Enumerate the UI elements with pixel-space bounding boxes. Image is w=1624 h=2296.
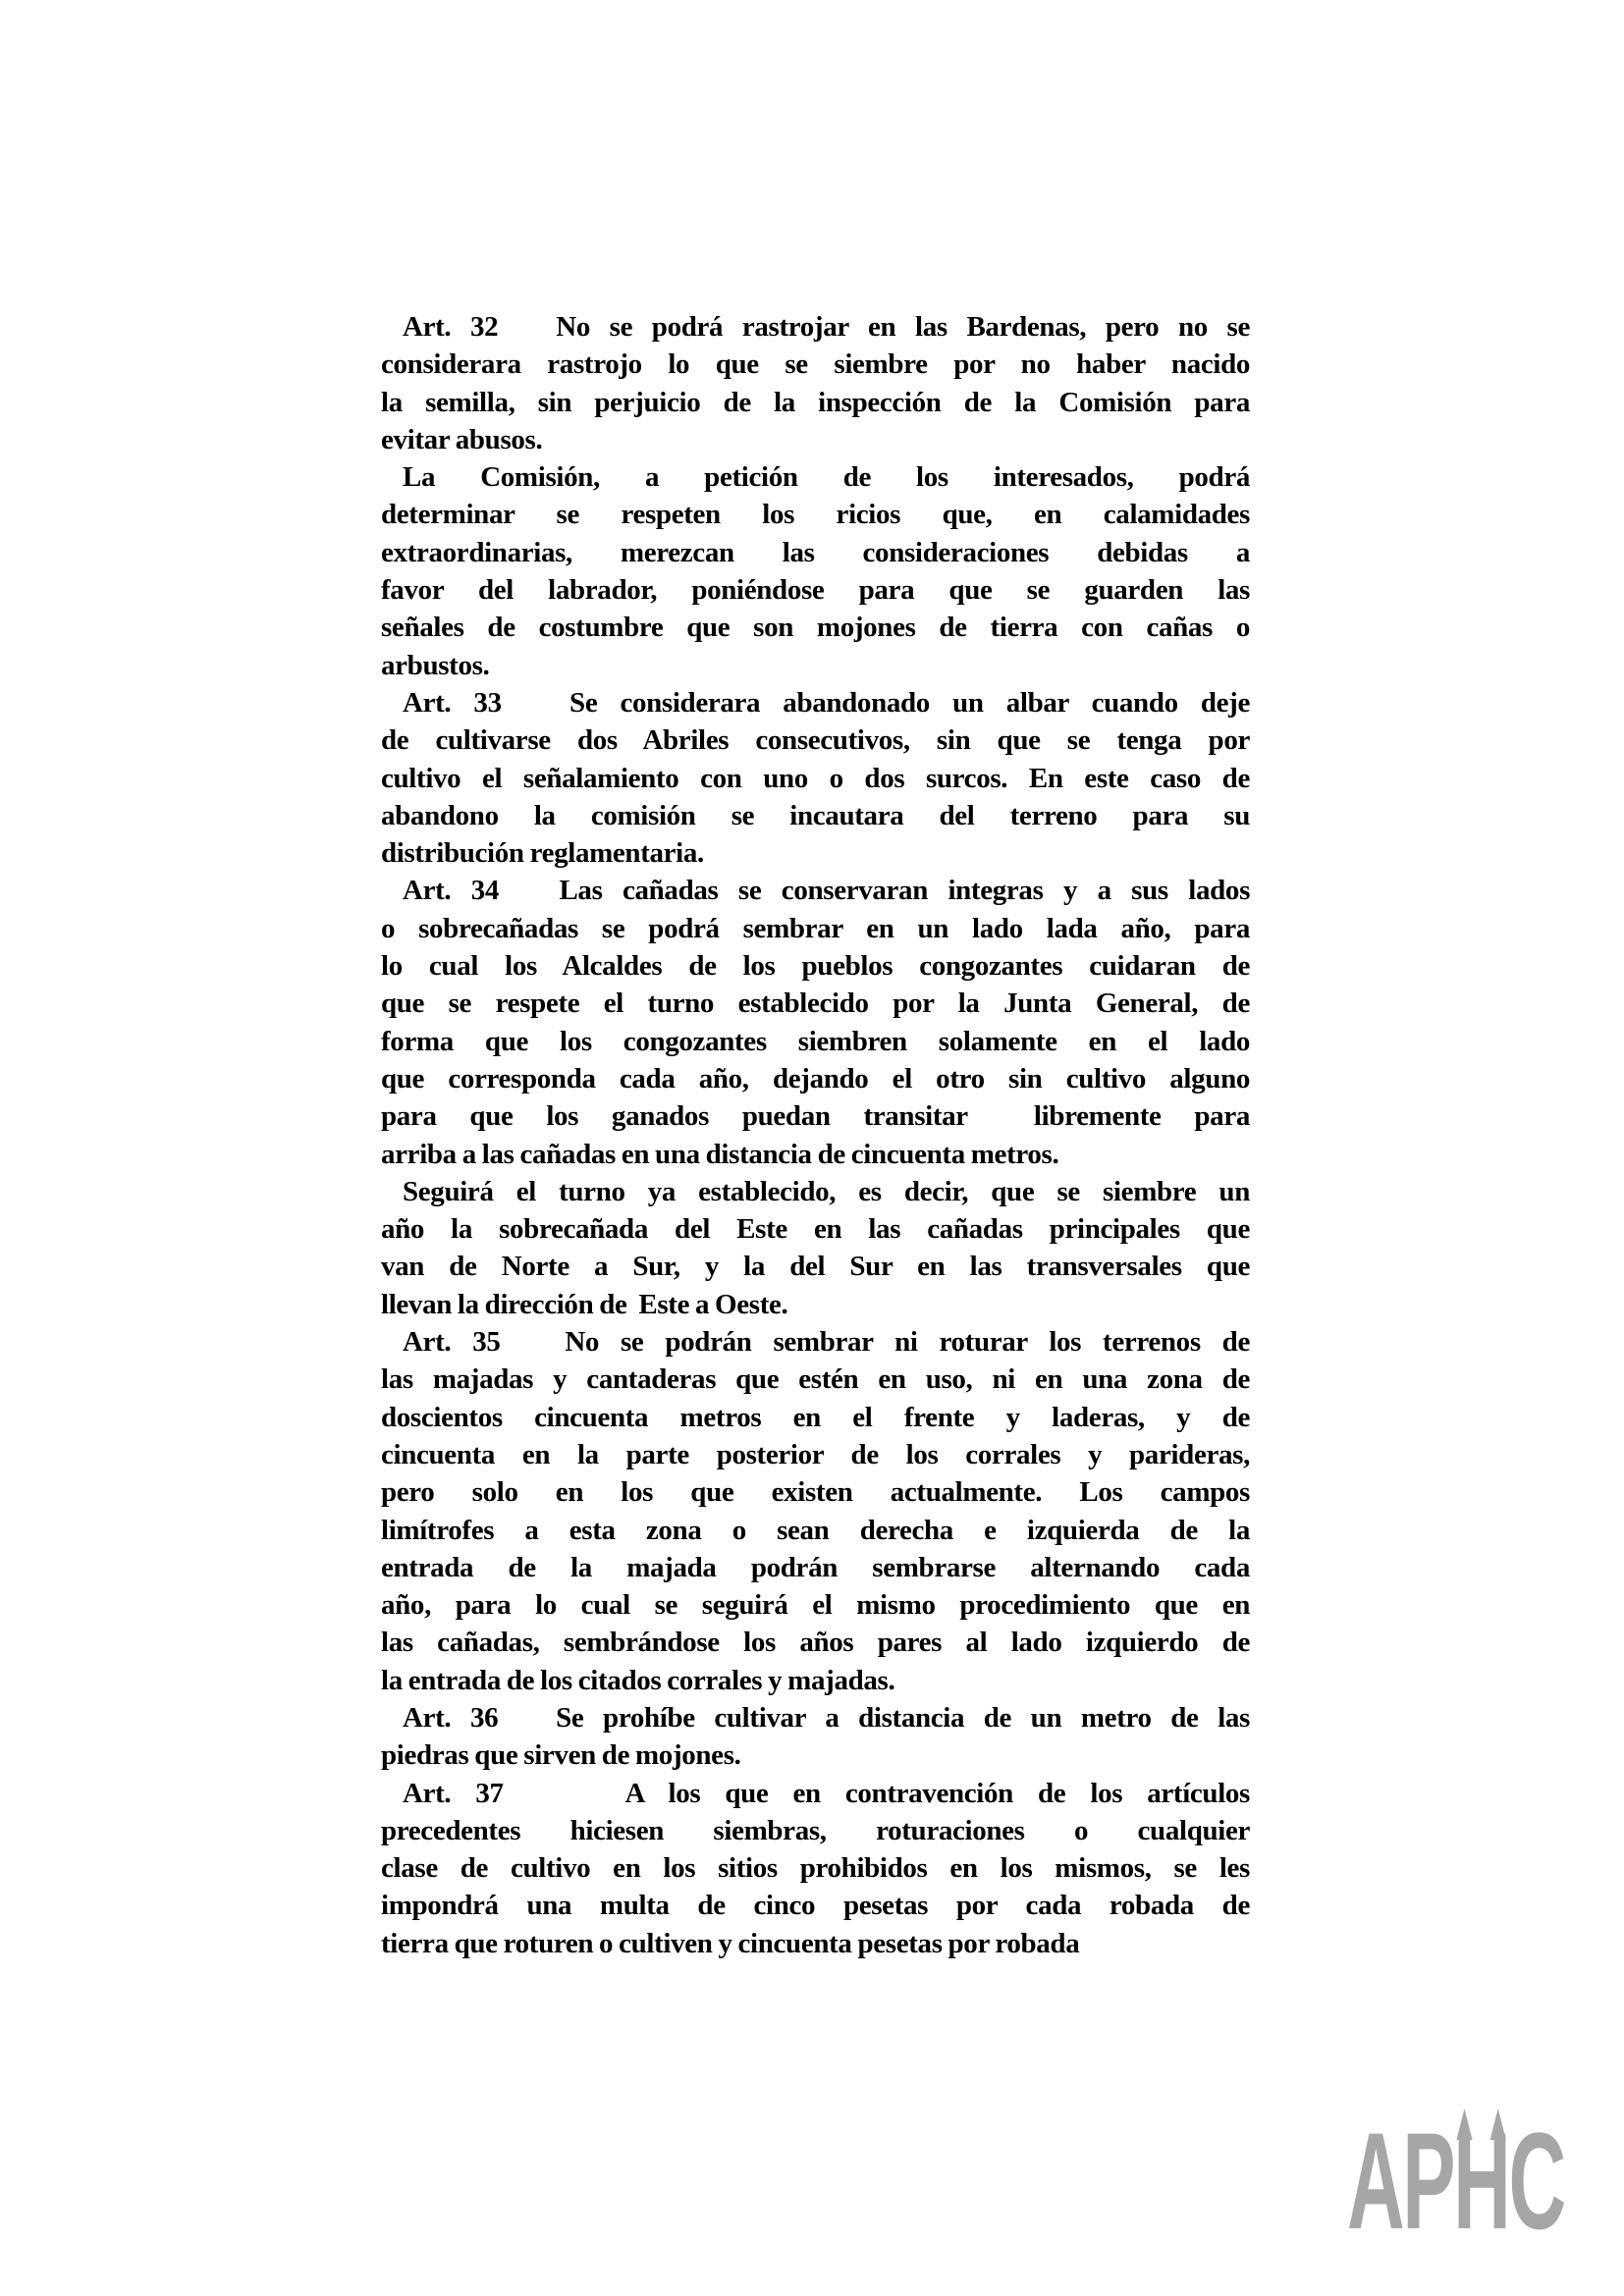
paragraph: Seguirá el turno ya establecido, es deci…: [381, 1173, 1250, 1323]
text-line: que se respete el turno establecido por …: [381, 985, 1250, 1022]
text-line: considerara rastrojo lo que se siembre p…: [381, 346, 1250, 383]
text-line: Art. 37 A los que en contravención de lo…: [381, 1775, 1250, 1812]
text-line: lo cual los Alcaldes de los pueblos cong…: [381, 947, 1250, 985]
text-line: señales de costumbre que son mojones de …: [381, 609, 1250, 646]
text-line: forma que los congozantes siembren solam…: [381, 1023, 1250, 1060]
paragraph: Art. 37 A los que en contravención de lo…: [381, 1775, 1250, 1962]
text-line: las cañadas, sembrándose los años pares …: [381, 1624, 1250, 1661]
paragraph: Art. 33 Se considerara abandonado un alb…: [381, 684, 1250, 872]
paragraph: La Comisión, a petición de los interesad…: [381, 458, 1250, 684]
text-line: favor del labrador, poniéndose para que …: [381, 571, 1250, 609]
text-line: pero solo en los que existen actualmente…: [381, 1473, 1250, 1511]
text-line: la entrada de los citados corrales y maj…: [381, 1662, 1250, 1699]
paragraph: Art. 34 Las cañadas se conservaran integ…: [381, 872, 1250, 1172]
text-line: clase de cultivo en los sitios prohibido…: [381, 1849, 1250, 1887]
text-line: distribución reglamentaria.: [381, 834, 1250, 872]
text-line: precedentes hiciesen siembras, roturacio…: [381, 1812, 1250, 1849]
watermark-spire-icon: [1490, 2109, 1506, 2140]
text-line: llevan la dirección de Este a Oeste.: [381, 1286, 1250, 1323]
text-line: Art. 33 Se considerara abandonado un alb…: [381, 684, 1250, 721]
text-line: Art. 35 No se podrán sembrar ni roturar …: [381, 1323, 1250, 1361]
text-line: extraordinarias, merezcan las considerac…: [381, 534, 1250, 571]
text-line: cultivo el señalamiento con uno o dos su…: [381, 760, 1250, 797]
text-line: la semilla, sin perjuicio de la inspecci…: [381, 384, 1250, 421]
text-line: las majadas y cantaderas que estén en us…: [381, 1361, 1250, 1398]
text-line: evitar abusos.: [381, 421, 1250, 458]
paragraph: Art. 35 No se podrán sembrar ni roturar …: [381, 1323, 1250, 1699]
paragraph: Art. 36 Se prohíbe cultivar a distancia …: [381, 1699, 1250, 1775]
text-line: entrada de la majada podrán sembrarse al…: [381, 1549, 1250, 1586]
text-line: van de Norte a Sur, y la del Sur en las …: [381, 1248, 1250, 1285]
text-line: determinar se respeten los ricios que, e…: [381, 496, 1250, 533]
text-line: abandono la comisión se incautara del te…: [381, 797, 1250, 834]
text-line: año la sobrecañada del Este en las cañad…: [381, 1210, 1250, 1248]
text-line: La Comisión, a petición de los interesad…: [381, 458, 1250, 496]
aphc-watermark: APHC: [1347, 2112, 1575, 2255]
text-line: impondrá una multa de cinco pesetas por …: [381, 1887, 1250, 1924]
watermark-spire-icon: [1456, 2109, 1472, 2140]
text-line: Seguirá el turno ya establecido, es deci…: [381, 1173, 1250, 1210]
text-line: doscientos cincuenta metros en el frente…: [381, 1399, 1250, 1436]
text-line: Art. 32 No se podrá rastrojar en las Bar…: [381, 308, 1250, 346]
text-line: para que los ganados puedan transitar li…: [381, 1097, 1250, 1135]
text-line: piedras que sirven de mojones.: [381, 1736, 1250, 1774]
text-line: de cultivarse dos Abriles consecutivos, …: [381, 721, 1250, 759]
text-line: Art. 34 Las cañadas se conservaran integ…: [381, 872, 1250, 909]
text-line: que corresponda cada año, dejando el otr…: [381, 1060, 1250, 1097]
text-line: Art. 36 Se prohíbe cultivar a distancia …: [381, 1699, 1250, 1736]
text-line: tierra que roturen o cultiven y cincuent…: [381, 1925, 1250, 1962]
text-line: o sobrecañadas se podrá sembrar en un la…: [381, 910, 1250, 947]
document-page: Art. 32 No se podrá rastrojar en las Bar…: [0, 0, 1624, 2296]
text-line: limítrofes a esta zona o sean derecha e …: [381, 1512, 1250, 1549]
text-line: arriba a las cañadas en una distancia de…: [381, 1136, 1250, 1173]
paragraph: Art. 32 No se podrá rastrojar en las Bar…: [381, 308, 1250, 458]
text-line: arbustos.: [381, 647, 1250, 684]
text-line: cincuenta en la parte posterior de los c…: [381, 1436, 1250, 1473]
text-line: año, para lo cual se seguirá el mismo pr…: [381, 1586, 1250, 1624]
document-text: Art. 32 No se podrá rastrojar en las Bar…: [381, 308, 1250, 1962]
